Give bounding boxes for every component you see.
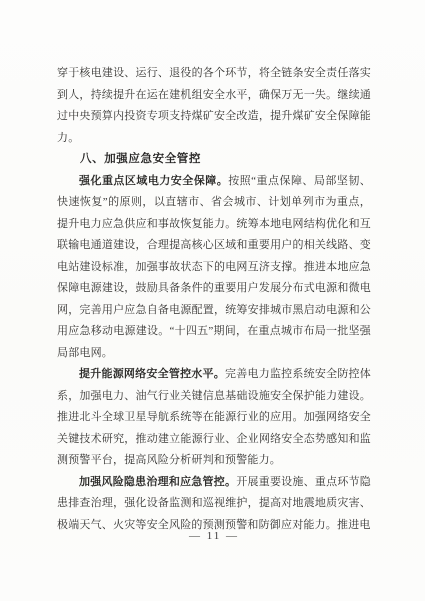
paragraph-text: 完善电力监控系统安全防控体系，加强电力、油气行业关键信息基础设施安全保护能力建设…: [57, 368, 371, 466]
document-page: 穿于核电建设、运行、退役的各个环节，将全链条安全责任落实到人，持续提升在运在建机…: [0, 0, 425, 601]
document-body: 穿于核电建设、运行、退役的各个环节，将全链条安全责任落实到人，持续提升在运在建机…: [57, 63, 371, 536]
paragraph-text: 穿于核电建设、运行、退役的各个环节，将全链条安全责任落实到人，持续提升在运在建机…: [57, 67, 371, 144]
paragraph-text: 按照“重点保障、局部坚韧、快速恢复”的原则，以直辖市、省会城市、计划单列市为重点…: [57, 175, 371, 359]
paragraph-lead: 提升能源网络安全管控水平。: [79, 368, 225, 380]
paragraph: 提升能源网络安全管控水平。完善电力监控系统安全防控体系，加强电力、油气行业关键信…: [57, 364, 371, 472]
paragraph: 加强风险隐患治理和应急管控。开展重要设施、重点环节隐患排查治理，强化设备监测和巡…: [57, 472, 371, 537]
paragraph: 强化重点区域电力安全保障。按照“重点保障、局部坚韧、快速恢复”的原则，以直辖市、…: [57, 171, 371, 365]
paragraph-lead: 加强风险隐患治理和应急管控。: [79, 476, 236, 488]
page-number: — 11 —: [57, 530, 371, 542]
section-heading: 八、加强应急安全管控: [57, 149, 371, 171]
paragraph: 穿于核电建设、运行、退役的各个环节，将全链条安全责任落实到人，持续提升在运在建机…: [57, 63, 371, 149]
paragraph-lead: 强化重点区域电力安全保障。: [79, 175, 228, 187]
